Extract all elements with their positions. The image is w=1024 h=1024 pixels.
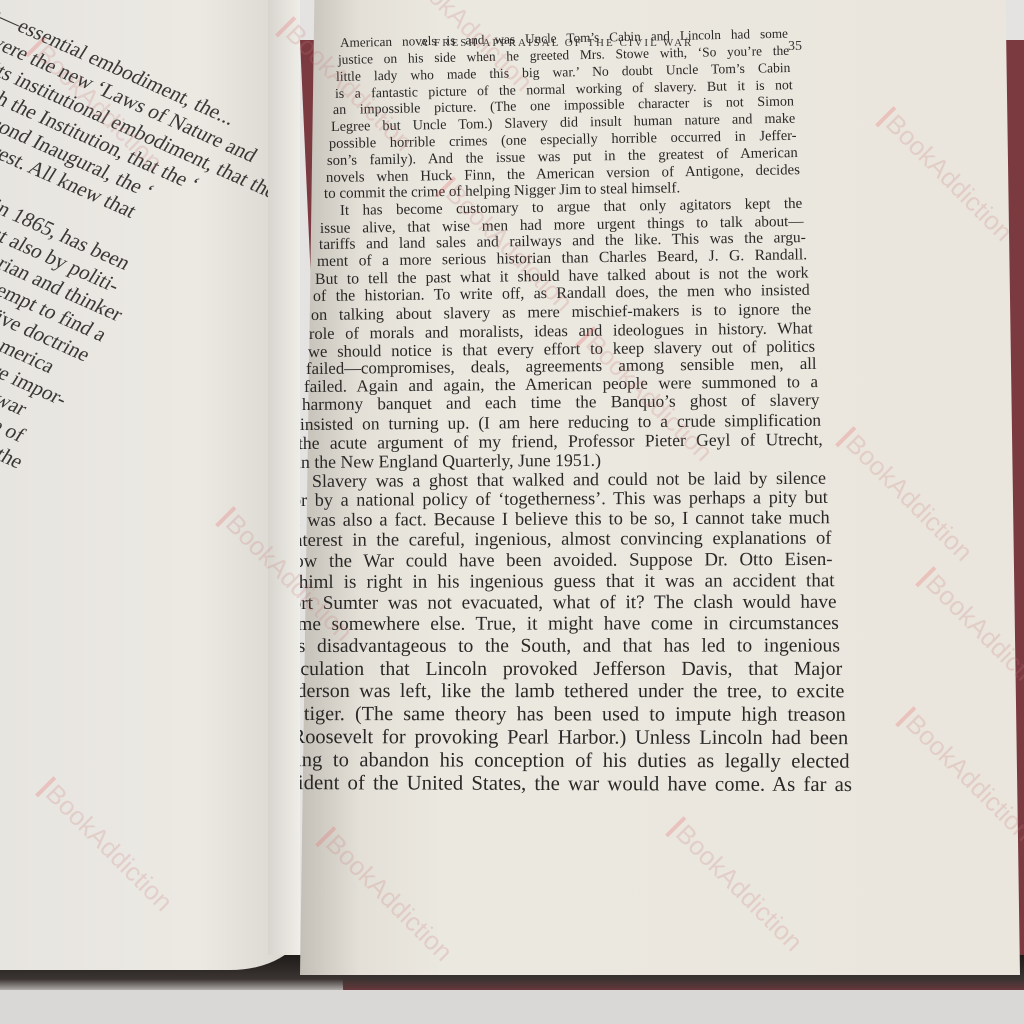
text-line: speculation that Lincoln provoked Jeffer… <box>274 658 842 681</box>
left-page-text: ...ances—essential embodiment, the.... T… <box>0 0 242 731</box>
text-line: schiml is right in his ingenious guess t… <box>283 570 835 594</box>
text-line: President of the United States, the war … <box>262 771 852 797</box>
text-line: come somewhere else. True, it might have… <box>279 613 839 636</box>
text-line: Fort Sumter was not evacuated, what of i… <box>281 591 837 614</box>
table-surface <box>0 990 1024 1024</box>
text-line: how the War could have been avoided. Sup… <box>285 549 833 573</box>
page-number: 35 <box>788 39 802 55</box>
text-line: the tiger. (The same theory has been use… <box>269 703 846 727</box>
text-line: to Roosevelt for provoking Pearl Harbor.… <box>267 726 848 750</box>
left-page: ...ances—essential embodiment, the.... T… <box>0 0 300 970</box>
text-line: Anderson was left, like the lamb tethere… <box>272 680 844 703</box>
text-line: less disadvantageous to the South, and t… <box>276 636 840 659</box>
book-photo: A FRESH APPRAISAL OF THE CIVIL WAR 35 Am… <box>0 0 1024 1024</box>
text-line: willing to abandon his conception of his… <box>264 749 850 774</box>
left-page-gutter <box>268 0 300 955</box>
